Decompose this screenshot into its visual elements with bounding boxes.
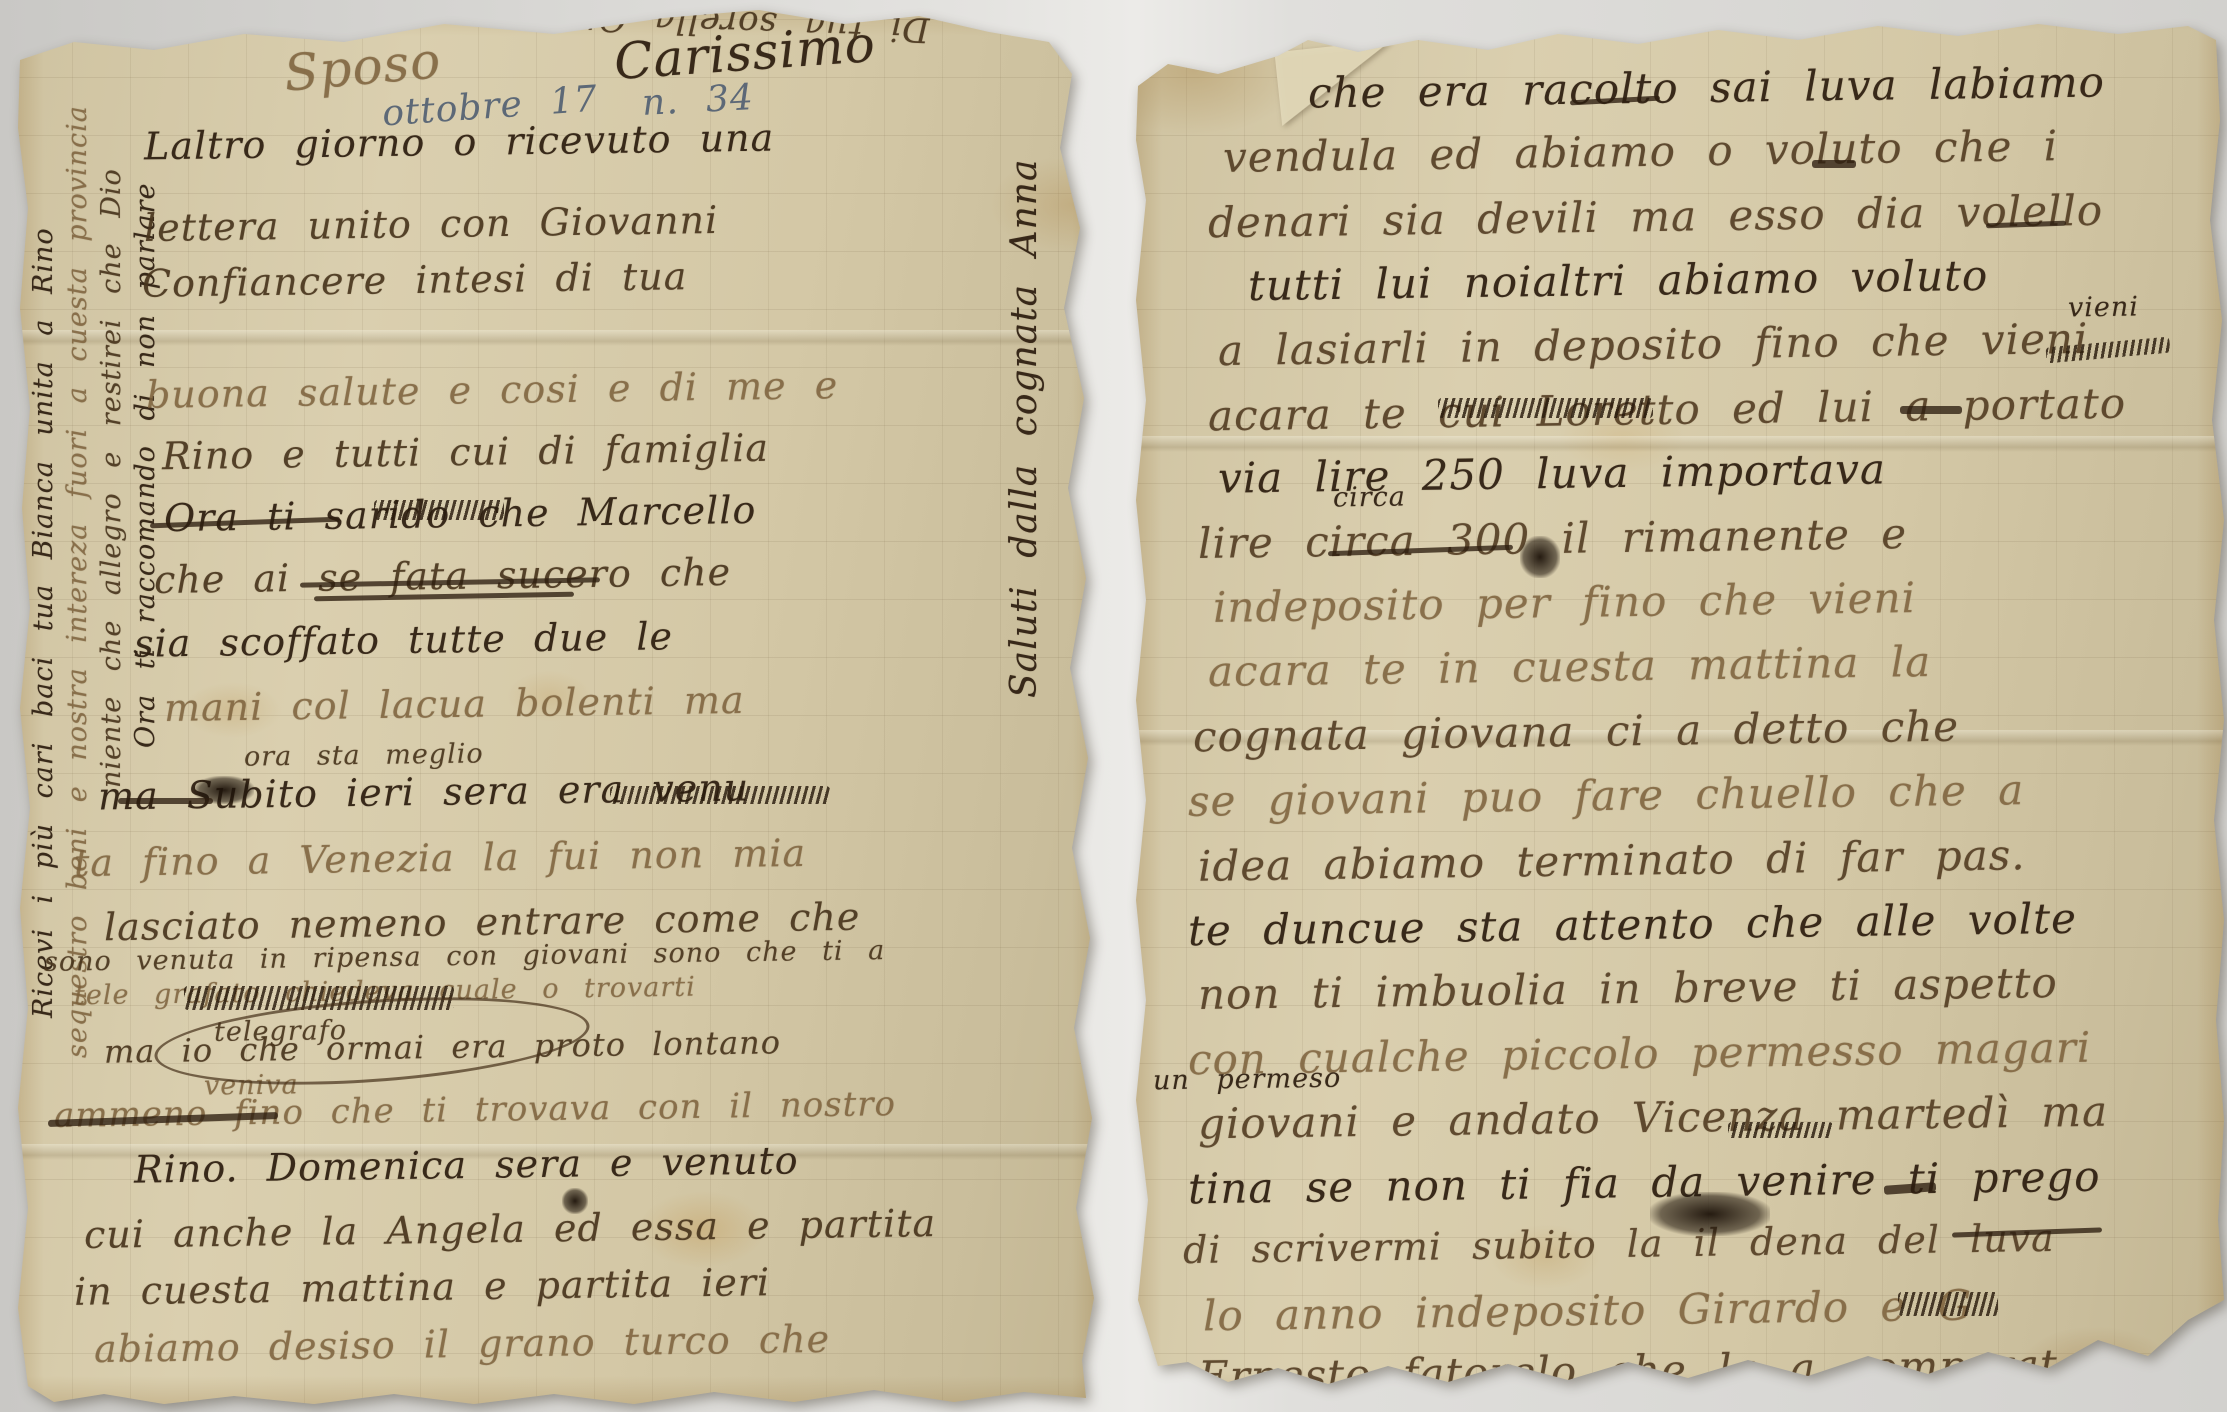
handwritten-line: acara te cui Loretto ed lui a portato bbox=[1208, 379, 2127, 441]
handwritten-line: ammeno fino che ti trovava con il nostro bbox=[54, 1084, 897, 1136]
ink-strikethrough bbox=[118, 798, 213, 804]
handwritten-line: via lire 250 luva importava bbox=[1218, 444, 1887, 502]
handwritten-line: tutti lui noialtri abiamo voluto bbox=[1248, 251, 1989, 310]
handwritten-line: di scrivermi subito la il dena del luva bbox=[1183, 1216, 2055, 1272]
inserted-word: vieni bbox=[2068, 292, 2139, 324]
handwritten-line: mani col lacua bolenti ma bbox=[164, 678, 745, 730]
page-right: che era racolto sai luva labiamo vendula… bbox=[1128, 0, 2227, 1412]
page-left-sheet: Sposo ottobre 17 n. 34 Carissimo Di tua … bbox=[14, 8, 1106, 1412]
ink-blot bbox=[1650, 1192, 1770, 1236]
margin-note: sequestro beni e nostra intereza fuori a… bbox=[62, 105, 93, 1058]
handwritten-line: Rino e tutti cui di famiglia bbox=[162, 426, 770, 478]
handwritten-line: denari sia devili ma esso dia volello bbox=[1208, 186, 2104, 247]
handwritten-line: a lasiarli in deposito fino che vieni bbox=[1218, 314, 2089, 375]
ink-scribble bbox=[1728, 1122, 1833, 1138]
handwritten-line: tina se non ti fia da venire ti prego bbox=[1188, 1152, 2101, 1214]
handwritten-line: acara te in cuesta mattina la bbox=[1208, 637, 1932, 696]
ink-scribble bbox=[374, 500, 504, 520]
handwritten-line: in cuesta mattina e partita ieri bbox=[74, 1260, 771, 1314]
margin-note: niente che allegro e restirei che Dio bbox=[96, 168, 127, 788]
edge-note-vertical: Saluti dalla cognata Anna bbox=[1004, 159, 1045, 698]
handwritten-line: che era racolto sai luva labiamo bbox=[1308, 57, 2106, 117]
ink-strikethrough bbox=[1812, 160, 1856, 168]
handwritten-line: sia scoffato tutte due le bbox=[134, 614, 673, 666]
handwritten-line: ta fino a Venezia la fui non mia bbox=[74, 831, 807, 885]
ink-scribble bbox=[610, 786, 830, 804]
ink-strikethrough bbox=[1900, 406, 1962, 414]
handwritten-line: cui anche la Angela ed essa e partita bbox=[84, 1201, 937, 1257]
handwritten-line: Rino. Domenica sera e venuto bbox=[134, 1138, 799, 1191]
handwritten-line: vendula ed abiamo o voluto che i bbox=[1223, 121, 2059, 182]
handwritten-line: te duncue sta attento che alle volte bbox=[1188, 894, 2078, 955]
ink-blot bbox=[562, 1188, 588, 1214]
inserted-word: circa bbox=[1333, 481, 1406, 513]
handwritten-line: Confiancere intesi di tua bbox=[142, 254, 688, 306]
handwritten-line: buona salute e cosi e di me e bbox=[146, 363, 839, 417]
handwritten-line: non ti imbuolia in breve ti aspetto bbox=[1198, 958, 2058, 1019]
ink-blot bbox=[1520, 536, 1560, 578]
inserted-line: ora sta meglio bbox=[244, 738, 484, 772]
fold-crease bbox=[14, 330, 1106, 346]
handwritten-line: lo anno indeposito Girardo e G bbox=[1203, 1281, 1973, 1341]
handwritten-line: Ernesto fatorelo che la a comperata bbox=[1198, 1340, 2084, 1401]
handwritten-line: Laltro giorno o ricevuto una bbox=[144, 116, 775, 169]
handwritten-line: abiamo desiso il grano turco che bbox=[94, 1317, 831, 1371]
handwritten-line: se giovani puo fare chuello che a bbox=[1188, 765, 2025, 826]
ink-scribble bbox=[1438, 398, 1653, 418]
handwritten-line: idea abiamo terminato di far pas. bbox=[1198, 830, 2026, 891]
ink-scribble bbox=[1898, 1292, 1998, 1316]
inserted-word: un permeso bbox=[1153, 1063, 1342, 1097]
handwritten-line: indeposito per fino che vieni bbox=[1213, 573, 1917, 632]
handwritten-line: lettera unito con Giovanni bbox=[144, 198, 719, 250]
handwritten-line: cognata giovana ci a detto che bbox=[1193, 702, 1960, 762]
page-right-sheet: che era racolto sai luva labiamo vendula… bbox=[1128, 0, 2227, 1412]
letter-photo: Sposo ottobre 17 n. 34 Carissimo Di tua … bbox=[0, 0, 2227, 1412]
handwritten-line: giovani e andato Vicenza martedì ma bbox=[1198, 1087, 2109, 1149]
page-left: Sposo ottobre 17 n. 34 Carissimo Di tua … bbox=[14, 8, 1106, 1412]
margin-note: Ricevi i più cari baci tua Bianca unita … bbox=[28, 227, 59, 1018]
